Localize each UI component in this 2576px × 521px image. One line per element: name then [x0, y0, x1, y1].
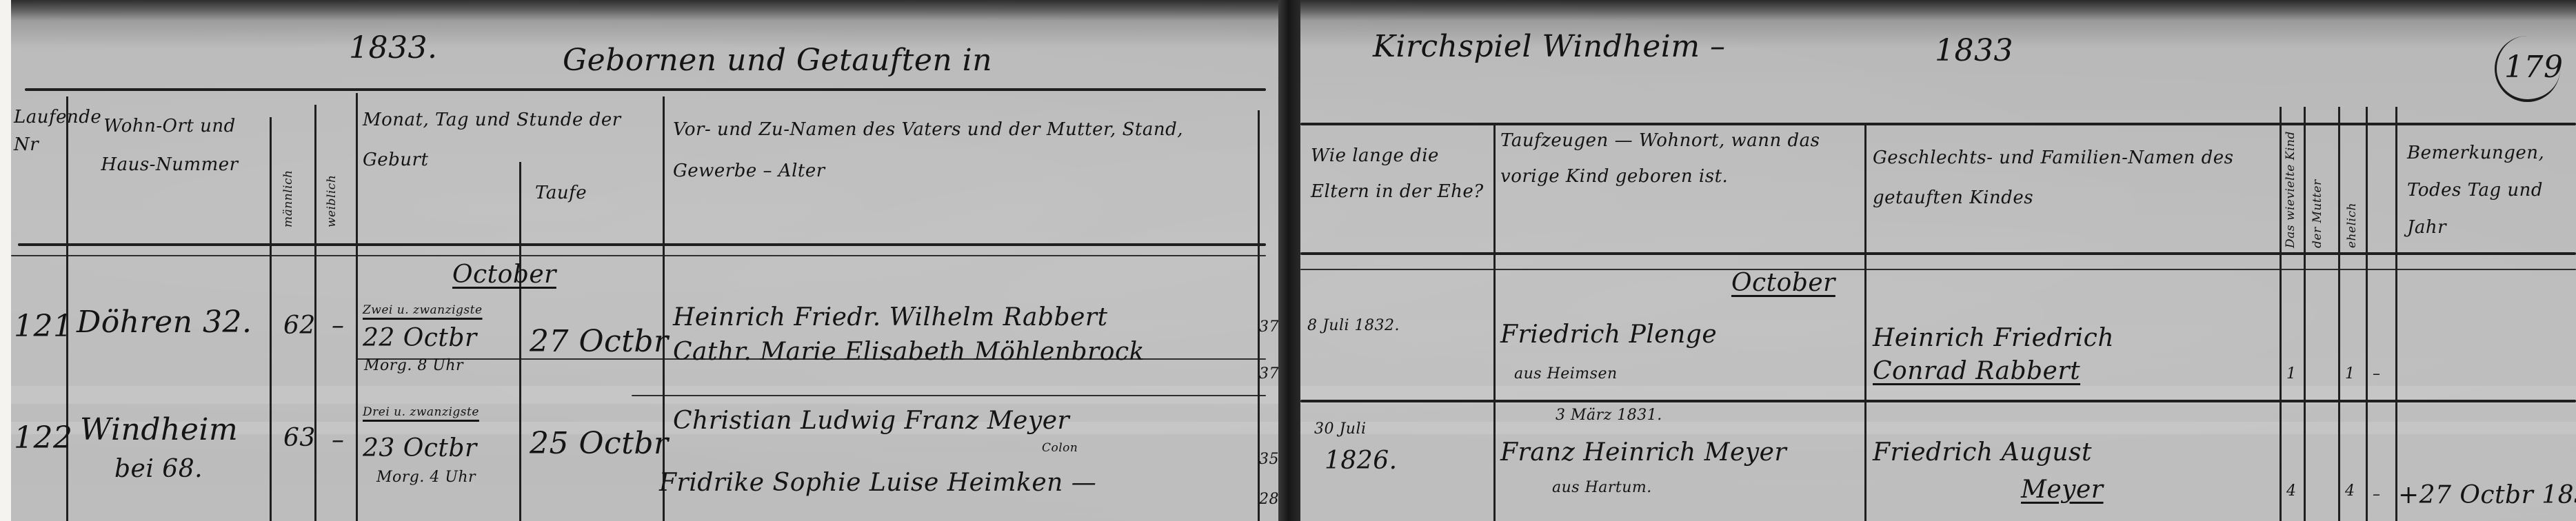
col-rule — [2304, 107, 2306, 521]
header-top-rule — [1300, 123, 2576, 125]
entry-child-name-line2: Conrad Rabbert — [1873, 357, 2080, 385]
entry-godparent: Franz Heinrich Meyer — [1500, 438, 1787, 467]
entry-godparent: Friedrich Plenge — [1500, 320, 1717, 349]
right-page-title: Kirchspiel Windheim – — [1373, 29, 1726, 64]
entry-mother-count: 1 — [2345, 365, 2355, 382]
month-marker: October — [1731, 269, 1835, 297]
entry-child-name: Friedrich August — [1873, 438, 2092, 467]
entry-child-count: 4 — [2286, 482, 2297, 500]
entry-marriage-date: 8 Juli 1832. — [1307, 317, 1400, 334]
col-rule — [2338, 107, 2340, 521]
right-year: 1833 — [1935, 33, 2013, 68]
header-child-count: Das wievielte Kind — [2284, 131, 2297, 248]
entry-mother-count: 4 — [2345, 482, 2355, 500]
col-rule — [1493, 124, 1496, 521]
col-rule — [2280, 107, 2282, 521]
entry-marriage-date: 30 Juli — [1314, 420, 1367, 438]
header-remarks: Bemerkungen, Todes Tag und Jahr — [2407, 134, 2576, 246]
right-page: Kirchspiel Windheim – 1833 179 Wie lange… — [11, 0, 1287, 521]
entry-legitimate: – — [2373, 486, 2381, 503]
col-rule — [1864, 124, 1866, 521]
entry-death-remark: +27 Octbr 1833 — [2398, 481, 2576, 509]
header-bottom-rule — [1300, 252, 2576, 255]
entry-child-count: 1 — [2286, 365, 2297, 382]
entry-child-name-line2: Meyer — [2021, 476, 2104, 504]
header-mother-count: der Mutter — [2311, 179, 2324, 248]
header-child: Geschlechts- und Familien-Namen des geta… — [1873, 138, 2273, 218]
col-rule — [2366, 107, 2368, 521]
header-marriage: Wie lange die Eltern in der Ehe? — [1311, 138, 1487, 210]
page-number: 179 — [2504, 50, 2563, 85]
row-divider — [1300, 400, 2576, 402]
entry-legitimate: – — [2373, 365, 2381, 382]
entry-marriage-year: 1826. — [1325, 447, 1398, 475]
header-godparents: Taufzeugen — Wohnort, wann das vorige Ki… — [1500, 123, 1859, 194]
entry-godparent-place: aus Heimsen — [1514, 365, 1618, 382]
entry-child-name: Heinrich Friedrich — [1873, 324, 2114, 352]
header-legitimate: ehelich — [2345, 203, 2359, 248]
document-scan: 1833. Gebornen und Getauften in Laufende… — [11, 0, 2576, 521]
header-double-rule — [1300, 269, 2576, 270]
col-rule — [2395, 107, 2397, 521]
entry-prev-child-date: 3 März 1831. — [1556, 407, 1662, 424]
entry-godparent-place: aus Hartum. — [1552, 479, 1652, 496]
